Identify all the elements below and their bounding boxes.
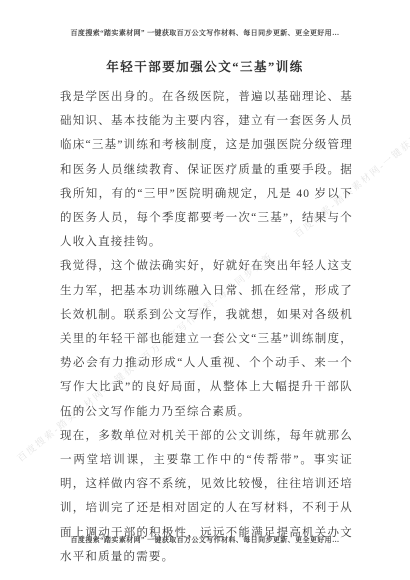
paragraph: 我觉得，这个做法确实好，好就好在突出年轻人这支生力军，把基本功训练融入日常、抓在…: [60, 254, 353, 423]
document-page: 百度搜索“踏实素材网” 一键获取百万公文写作材料、每日同步更新、更全更好用… 百…: [0, 0, 410, 580]
document-body: 我是学医出身的。在各级医院，普遍以基础理论、基础知识、基本技能为主要内容，建立有…: [60, 85, 353, 569]
document-title: 年轻干部要加强公文“三基”训练: [0, 57, 410, 75]
footer-watermark: 百度搜索“踏实素材网” 一键获取百万公文写作材料、每日同步更新、更全更好用…: [0, 535, 410, 545]
paragraph: 现在，多数单位对机关干部的公文训练，每年就那么一两堂培训课，主要靠工作中的“传帮…: [60, 424, 353, 569]
paragraph: 我是学医出身的。在各级医院，普遍以基础理论、基础知识、基本技能为主要内容，建立有…: [60, 85, 353, 254]
header-watermark: 百度搜索“踏实素材网” 一键获取百万公文写作材料、每日同步更新、更全更好用…: [0, 28, 410, 38]
